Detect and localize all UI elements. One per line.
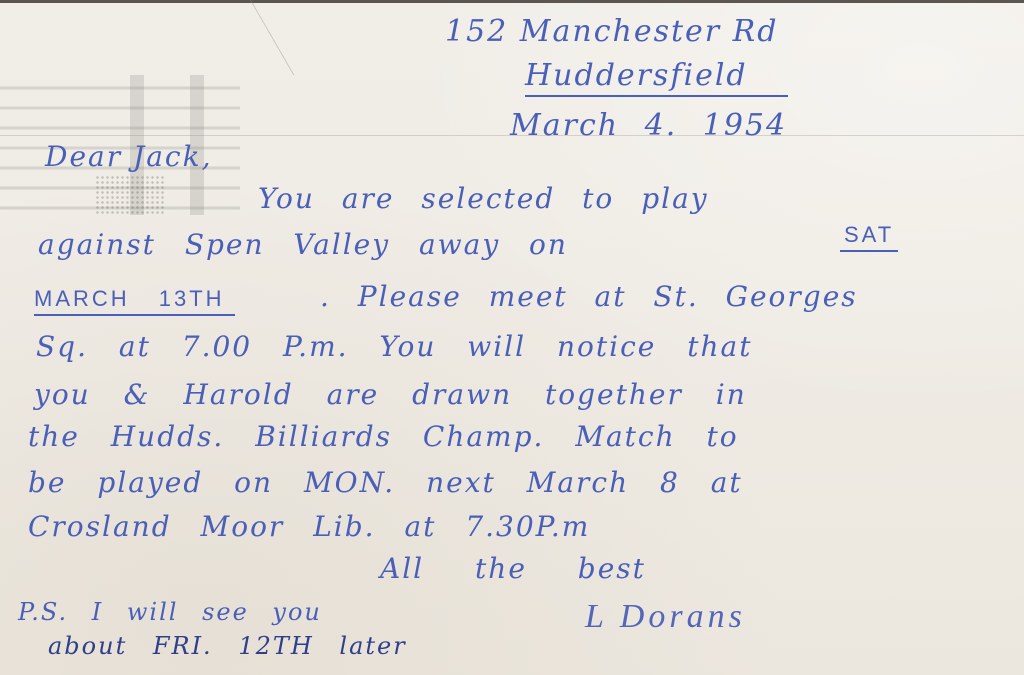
- card-top-edge: [0, 0, 1024, 3]
- address-town: Huddersfield: [525, 58, 788, 97]
- closing: All the best: [380, 552, 646, 585]
- paper-crease: [170, 0, 294, 75]
- address-street: 152 Manchester Rd: [445, 14, 778, 49]
- body-line-1: You are selected to play: [258, 182, 709, 215]
- postscript-line-1: P.S. I will see you: [18, 598, 322, 626]
- body-line-6: the Hudds. Billiards Champ. Match to: [28, 420, 739, 453]
- body-line-4: Sq. at 7.00 P.m. You will notice that: [36, 330, 752, 363]
- body-line-5: you & Harold are drawn together in: [34, 378, 747, 411]
- body-day: SAT: [840, 222, 898, 252]
- salutation: Dear Jack,: [45, 140, 212, 173]
- body-match-date: MARCH 13TH: [34, 286, 235, 316]
- body-line-8: Crosland Moor Lib. at 7.30P.m: [28, 510, 590, 543]
- postcard: 152 Manchester Rd Huddersfield March 4. …: [0, 0, 1024, 675]
- letter-date: March 4. 1954: [510, 108, 787, 143]
- body-line-7: be played on MON. next March 8 at: [28, 466, 743, 499]
- postmark-dots: [95, 175, 165, 215]
- body-line-3: . Please meet at St. Georges: [320, 280, 858, 313]
- body-line-2: against Spen Valley away on: [38, 228, 568, 261]
- signature: L Dorans: [585, 598, 746, 636]
- postscript-line-2: about FRI. 12TH later: [48, 632, 407, 660]
